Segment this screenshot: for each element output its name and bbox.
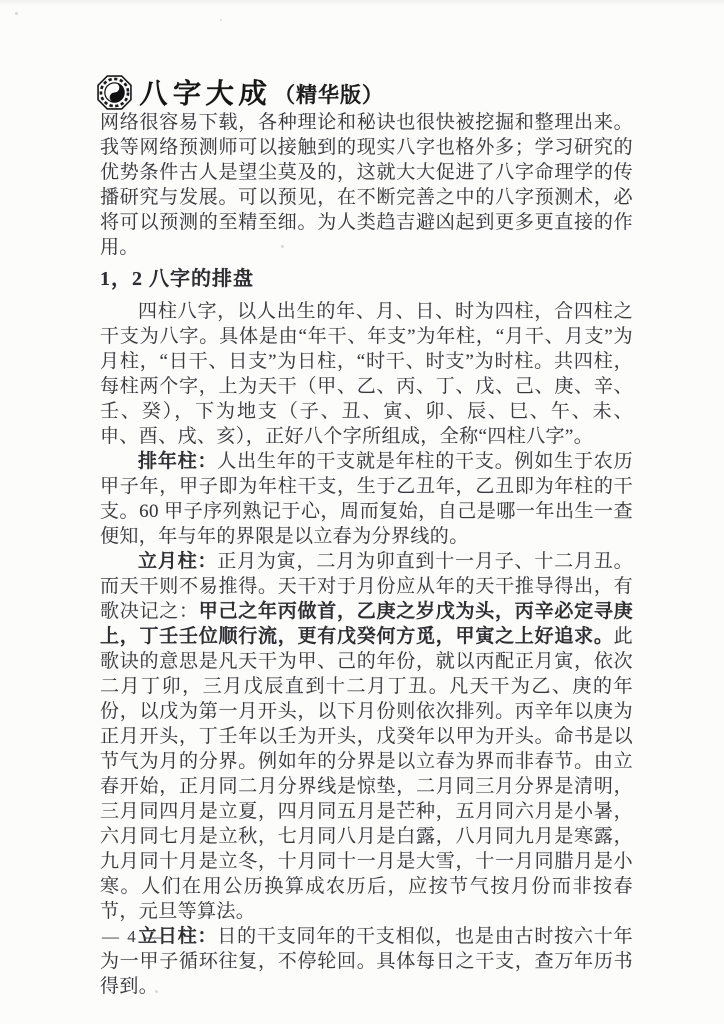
scan-speck [220, 19, 222, 21]
yinyang-bagua-icon [96, 74, 133, 111]
book-title: 八字大成 [139, 72, 273, 112]
body-paragraph: 立日柱：日的干支同年的干支相似，也是由古时按六十年为一甲子循环往复，不停轮回。具… [100, 924, 633, 999]
body-paragraph: 排年柱：人出生年的干支就是年柱的干支。例如生于农历甲子年，甲子即为年柱干支，生于… [100, 449, 633, 549]
page-body: 网络很容易下载，各种理论和秘诀也很快被挖掘和整理出来。我等网络预测师可以接触到的… [100, 110, 633, 999]
section-heading: 1，2 八字的排盘 [100, 267, 633, 292]
body-paragraph: 立月柱：正月为寅，二月为卯直到十一月子、十二月丑。而天干则不易推得。天干对于月份… [100, 549, 633, 924]
book-edition: （精华版） [274, 76, 384, 109]
scanned-book-page: 八字大成 （精华版） 网络很容易下载，各种理论和秘诀也很快被挖掘和整理出来。我等… [0, 0, 724, 1024]
scan-speck [15, 12, 18, 15]
body-paragraph: 网络很容易下载，各种理论和秘诀也很快被挖掘和整理出来。我等网络预测师可以接触到的… [100, 110, 633, 260]
book-header: 八字大成 （精华版） [96, 72, 384, 112]
body-paragraph: 四柱八字，以人出生的年、月、日、时为四柱，合四柱之干支为八字。具体是由“年干、年… [100, 299, 633, 449]
page-number: — 4 — [102, 927, 163, 947]
